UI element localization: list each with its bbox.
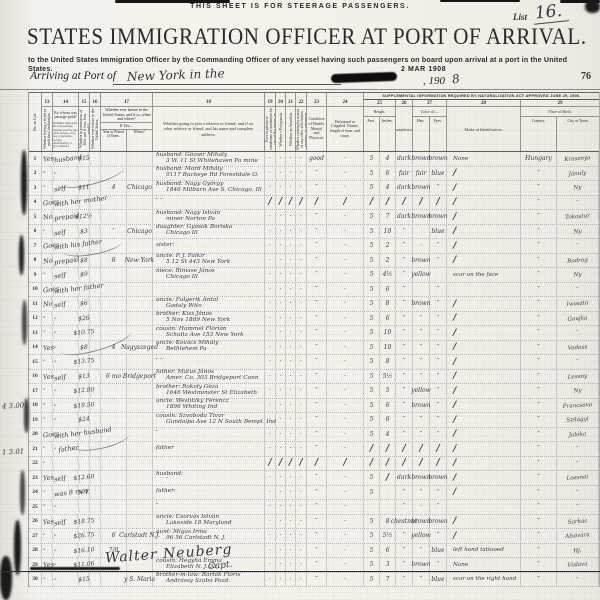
- cell-c16: [89, 166, 101, 180]
- header-sublabel: Inches.: [380, 117, 395, 151]
- cell-ft: 5: [364, 399, 380, 413]
- header-sublabel: Year or Period of Years.: [101, 130, 127, 151]
- cell-c22: ·: [296, 384, 307, 398]
- cell-c17y: 4: [101, 181, 127, 195]
- cell-c21: ·: [286, 413, 296, 427]
- cell-inch: 8: [380, 355, 396, 369]
- cell-country: ″: [521, 167, 557, 181]
- cell-c22: /: [296, 196, 307, 210]
- cell-c24: /: [327, 196, 364, 210]
- cell-cx: ″: [396, 486, 413, 500]
- redaction-blot: [331, 72, 397, 83]
- col-number: 16: [90, 93, 100, 107]
- cell-c17w: [127, 399, 153, 413]
- margin-note: 1 3.01: [2, 447, 25, 456]
- cell-marks: ∕: [447, 486, 521, 500]
- cell-c22: ·: [296, 225, 307, 239]
- header-col-29: 29 Place of Birth. Country. City or Town…: [521, 100, 599, 151]
- cell-city: Ny: [557, 383, 600, 399]
- cell-c22: ·: [296, 239, 307, 253]
- cell-c14: ″: [52, 411, 79, 428]
- cell-c20: ·: [276, 152, 286, 166]
- cell-eyes: ″: [430, 399, 447, 413]
- header-label: Ever in prison or almshouse or instituti…: [265, 108, 275, 150]
- cell-no: 20: [29, 428, 42, 442]
- cell-country: ″: [521, 268, 557, 282]
- cell-c14: husband: [52, 150, 79, 167]
- scan-artifact: [19, 235, 24, 275]
- cell-c23: ″: [307, 486, 327, 500]
- cell-c19: ·: [265, 152, 276, 166]
- cell-c23: good: [307, 152, 327, 166]
- cell-c24: ·: [327, 500, 364, 514]
- cell-inch: 4½: [380, 268, 396, 282]
- scan-artifact: [14, 520, 21, 575]
- cell-c22: ·: [296, 370, 307, 384]
- cell-country: ″: [521, 486, 557, 500]
- cell-eyes: /: [430, 442, 447, 456]
- cell-c17w: [127, 283, 153, 297]
- cell-eyes: ″: [430, 312, 447, 326]
- cell-marks: ∕: [447, 355, 521, 369]
- cell-ft: 5: [364, 326, 380, 340]
- cell-hair: yellow: [413, 384, 430, 398]
- cell-c23: ″: [307, 529, 327, 543]
- cell-c23: /: [307, 196, 327, 210]
- cell-ft: 5: [364, 239, 380, 253]
- cell-marks: ∕: [447, 210, 521, 224]
- cell-c20: ·: [276, 341, 286, 355]
- table-row: 13″″$10.75cousin: Hammel FlóriánSchultz …: [29, 326, 599, 341]
- cell-c18: husband: Nagy Istvánminer Norton Pa: [153, 210, 265, 224]
- cell-c20: ·: [276, 326, 286, 340]
- cell-c21: ·: [286, 370, 296, 384]
- cell-hair: fair: [413, 167, 430, 181]
- cell-no: 15: [29, 355, 42, 369]
- cell-c24: ·: [327, 181, 364, 195]
- cell-c17w: Carlstadt N.J.: [127, 529, 153, 543]
- cell-inch: [380, 486, 396, 500]
- table-row: 16Yesself$136 moBridgeportfather: Matus …: [29, 370, 599, 385]
- cell-c21: ·: [286, 442, 296, 456]
- cell-c21: ·: [286, 399, 296, 413]
- table-row: 4Goeswith her mother″ ″///////////∕″″: [29, 196, 599, 211]
- table-row: 11Noself$6uncle: Fulgerik AntalGadaly Wi…: [29, 297, 599, 312]
- bottom-rule: [0, 571, 600, 572]
- cell-c22: ·: [296, 515, 307, 529]
- cell-c23: ″: [307, 341, 327, 355]
- cell-cx: ″: [396, 225, 413, 239]
- header-label: Whether ever before in the United States…: [91, 108, 99, 150]
- header-col-13: 13 Whether having a ticket to such final…: [42, 93, 53, 151]
- cell-c24: ·: [327, 428, 364, 442]
- cell-city: Szilágyi: [557, 412, 600, 428]
- cell-c19: ·: [265, 297, 276, 311]
- table-row: 12″″$26brother: Kiss János5 Nov 1869 New…: [29, 312, 599, 327]
- cell-country: ″: [521, 326, 557, 340]
- cell-cx: ″: [396, 573, 413, 587]
- cell-country: ″: [521, 297, 557, 311]
- header-col-27: 27 Color of— Hair. Eyes.: [413, 100, 447, 151]
- cell-no: 18: [29, 399, 42, 413]
- table-row: 18″″$19.50uncle: Weslitzky Ferencz1896 W…: [29, 399, 599, 414]
- cell-city: ″: [557, 571, 600, 587]
- cell-cx: ″: [396, 544, 413, 558]
- cell-eyes: ″: [430, 384, 447, 398]
- cell-country: ″: [521, 457, 557, 471]
- cell-c16: [89, 485, 101, 499]
- cell-ft: 5: [364, 355, 380, 369]
- cell-c23: ″: [307, 471, 327, 485]
- cell-no: 19: [29, 413, 42, 427]
- cell-c24: ·: [327, 413, 364, 427]
- cell-country: ″: [521, 341, 557, 355]
- cell-c24: ·: [327, 355, 364, 369]
- cell-c24: ·: [327, 471, 364, 485]
- cell-c17y: [101, 471, 127, 485]
- cell-eyes: ″: [430, 500, 447, 514]
- cell-c16: [89, 558, 101, 572]
- supplemental-caption: SUPPLEMENTAL INFORMATION REQUIRED BY NAT…: [364, 93, 599, 100]
- cell-c16: [89, 195, 101, 209]
- cell-c21: ·: [286, 297, 296, 311]
- cell-c19: ·: [265, 239, 276, 253]
- header-label: Marks of Identification.: [447, 107, 520, 151]
- cell-ft: 5: [364, 152, 380, 166]
- cell-eyes: ″: [430, 529, 447, 543]
- cell-marks: ∕: [447, 326, 521, 340]
- cell-c23: ″: [307, 428, 327, 442]
- cell-c22: ·: [296, 297, 307, 311]
- arrival-blank-line: [113, 84, 341, 85]
- cell-c19: ·: [265, 254, 276, 268]
- cell-c17y: [101, 442, 127, 456]
- header-col-14: 14 By whom was passage paid? (Whether al…: [53, 93, 79, 151]
- cell-c16: [89, 543, 101, 557]
- cell-eyes: blue: [430, 225, 447, 239]
- cell-cx: ″: [396, 428, 413, 442]
- cell-c18: father: Matus JánosAmer. Co. 303 Bridgep…: [153, 370, 265, 384]
- cell-country: ″: [521, 413, 557, 427]
- cell-country: ″: [521, 355, 557, 369]
- cell-city: Krasznya: [557, 151, 600, 167]
- col-number: 23: [307, 93, 326, 107]
- cell-c20: ·: [276, 239, 286, 253]
- cell-hair: brown: [413, 181, 430, 195]
- cell-inch: 5½: [380, 529, 396, 543]
- cell-c19: ·: [265, 283, 276, 297]
- date-stamp: 2 MAR 1908: [401, 66, 446, 73]
- cell-hair: ″: [413, 486, 430, 500]
- cell-c22: ·: [296, 558, 307, 572]
- cell-ft: 5: [364, 471, 380, 485]
- cell-c18: [153, 283, 265, 297]
- cell-c17w: [127, 239, 153, 253]
- cell-c22: ·: [296, 486, 307, 500]
- cell-marks: ∕: [447, 515, 521, 529]
- col-number: 13: [42, 93, 52, 107]
- cell-c17y: [101, 399, 127, 413]
- cell-c16: [89, 355, 101, 369]
- cell-c21: ·: [286, 573, 296, 587]
- cell-city: ″: [557, 354, 600, 370]
- cell-country: ″: [521, 370, 557, 384]
- cell-marks: ∕: [447, 529, 521, 543]
- cell-c17w: [127, 326, 153, 340]
- cell-no: 4: [29, 196, 42, 210]
- cell-c23: ″: [307, 225, 327, 239]
- cell-eyes: ″: [430, 341, 447, 355]
- cell-c24: ·: [327, 283, 364, 297]
- cell-hair: /: [413, 442, 430, 456]
- cell-city: ″: [557, 499, 600, 515]
- cell-ft: 5: [364, 384, 380, 398]
- cell-inch: /: [380, 457, 396, 471]
- cell-c24: ·: [327, 167, 364, 181]
- cell-c19: ·: [265, 384, 276, 398]
- table-row: 20Goeswith her husband″····″·54″″″∕″Jaló…: [29, 428, 599, 443]
- cell-country: ″: [521, 442, 557, 456]
- cell-cx: /: [396, 457, 413, 471]
- scan-artifact: [0, 556, 12, 600]
- cell-c16: [89, 442, 101, 456]
- cell-c17y: [101, 297, 127, 311]
- cell-c17w: New York: [127, 254, 153, 268]
- cell-c20: ·: [276, 297, 286, 311]
- cell-c19: ·: [265, 225, 276, 239]
- cell-c17w: [127, 457, 153, 471]
- cell-marks: ∕: [447, 196, 521, 210]
- header-col-21: 21 Whether an Anarchist.: [286, 93, 296, 151]
- cell-c22: ·: [296, 544, 307, 558]
- cell-hair: yellow: [413, 268, 430, 282]
- cell-hair: ″: [413, 326, 430, 340]
- cell-c16: [89, 529, 101, 543]
- cell-c14: ″: [52, 571, 79, 588]
- cell-cx: ″: [396, 370, 413, 384]
- cell-country: ″: [521, 558, 557, 572]
- cell-inch: /: [380, 471, 396, 485]
- table-row: 2″″husband: Mord Mihály9117 Buckeye Rd F…: [29, 167, 599, 182]
- cell-c19: ·: [265, 573, 276, 587]
- header-label: Whether ever before in the United States…: [101, 107, 152, 123]
- table-row: 17″″$12.80brother: Rokoly Géza1646 Westm…: [29, 384, 599, 399]
- cell-c21: ·: [286, 515, 296, 529]
- header-no-on-list: No. on List.: [29, 93, 42, 151]
- table-row: 27″″$26.756Carlstadt N.J.aunt: Migas Irm…: [29, 529, 599, 544]
- cell-cx: /: [396, 442, 413, 456]
- cell-c16: [89, 384, 101, 398]
- cell-c17w: Nagyszeged: [127, 341, 153, 355]
- cell-c16: [89, 413, 101, 427]
- cell-c20: ·: [276, 471, 286, 485]
- cell-country: Hungary: [521, 152, 557, 166]
- cell-country: ″: [521, 399, 557, 413]
- cell-c24: ·: [327, 486, 364, 500]
- table-row: 26Yesself$18.75uncle: Csorvás IstvánLake…: [29, 515, 599, 530]
- cell-c24: ·: [327, 370, 364, 384]
- table-row: 14Yes″$84Nagyszegeduncle: Kovács MihályB…: [29, 341, 599, 356]
- header-col-26: 26 Complexion.: [396, 100, 413, 151]
- header-col-16: 16 Whether ever before in the United Sta…: [90, 93, 101, 151]
- cell-c16: [89, 152, 101, 166]
- cell-eyes: ″: [430, 558, 447, 572]
- cell-c17w: [127, 428, 153, 442]
- cell-hair: yellow: [413, 529, 430, 543]
- cell-inch: [380, 500, 396, 514]
- cell-c22: ·: [296, 210, 307, 224]
- cell-city: Ny: [557, 267, 600, 283]
- cell-c24: ·: [327, 442, 364, 456]
- cell-no: 28: [29, 544, 42, 558]
- cell-hair: ″: [413, 573, 430, 587]
- cell-c20: ·: [276, 413, 286, 427]
- cell-marks: ∕: [447, 399, 521, 413]
- cell-c20: ·: [276, 399, 286, 413]
- cell-marks: ∕: [447, 384, 521, 398]
- cell-c23: ″: [307, 413, 327, 427]
- cell-c23: ″: [307, 370, 327, 384]
- cell-city: ″: [557, 441, 600, 457]
- margin-note: 4 3.00: [2, 401, 25, 410]
- cell-c21: ·: [286, 486, 296, 500]
- cell-c24: ·: [327, 544, 364, 558]
- cell-c17y: [101, 239, 127, 253]
- table-row: 9″self$9niece: Rimase JánosChicago Ill··…: [29, 268, 599, 283]
- cell-eyes: ″: [430, 428, 447, 442]
- cell-c23: ″: [307, 384, 327, 398]
- cell-city: Tokostur: [557, 209, 600, 225]
- page-title: STATES IMMIGRATION OFFICER AT PORT OF AR…: [27, 23, 587, 51]
- year-handwritten: 8: [451, 72, 461, 87]
- header-fine-print: (Whether alien paid his own passage, whe…: [53, 122, 78, 148]
- cell-c18: ″: [153, 428, 265, 442]
- cell-c20: ·: [276, 167, 286, 181]
- cell-ft: 5: [364, 167, 380, 181]
- cell-eyes: blue: [430, 573, 447, 587]
- cell-marks: ∕: [447, 413, 521, 427]
- cell-c17w: [127, 471, 153, 485]
- cell-inch: 6: [380, 312, 396, 326]
- cell-cx: ″: [396, 500, 413, 514]
- cell-inch: 10: [380, 341, 396, 355]
- col-number: 20: [276, 93, 285, 107]
- cell-country: ″: [521, 428, 557, 442]
- cell-city: Alsóvára: [557, 528, 600, 544]
- cell-c17y: [101, 210, 127, 224]
- cell-c21: ·: [286, 558, 296, 572]
- cell-no: 3: [29, 181, 42, 195]
- cell-ft: 5: [364, 544, 380, 558]
- cell-c16: [89, 210, 101, 224]
- table-row: 7Goeswith his fathersister:····″·52″·″∕″…: [29, 239, 599, 254]
- cell-ft: 5: [364, 254, 380, 268]
- steerage-notice: THIS SHEET IS FOR STEERAGE PASSENGERS.: [0, 3, 600, 10]
- cell-c20: /: [276, 196, 286, 210]
- cell-ft: 5: [364, 573, 380, 587]
- cell-c19: ·: [265, 544, 276, 558]
- cell-c21: ·: [286, 428, 296, 442]
- table-row: 25″″″····″·″·″″″: [29, 500, 599, 515]
- cell-eyes: ″: [430, 413, 447, 427]
- cell-c18: sister:: [153, 239, 265, 253]
- cell-c17y: [101, 384, 127, 398]
- cell-c20: ·: [276, 210, 286, 224]
- cell-inch: 7: [380, 573, 396, 587]
- cell-c24: ·: [327, 239, 364, 253]
- cell-no: 16: [29, 370, 42, 384]
- header-sublabel: Country.: [521, 117, 557, 151]
- cell-c16: [89, 224, 101, 238]
- cell-hair: ″: [413, 544, 430, 558]
- cell-c21: ·: [286, 181, 296, 195]
- cell-no: 30: [29, 573, 42, 587]
- cell-no: 17: [29, 384, 42, 398]
- cell-c18: ″: [153, 500, 265, 514]
- cell-no: 26: [29, 515, 42, 529]
- cell-marks: [447, 283, 521, 297]
- cell-c17y: [101, 283, 127, 297]
- cell-hair: brown: [413, 254, 430, 268]
- list-label: List: [513, 12, 527, 22]
- cell-eyes: /: [430, 457, 447, 471]
- cell-eyes: ″: [430, 254, 447, 268]
- cell-country: ″: [521, 210, 557, 224]
- scan-artifact: [21, 150, 27, 215]
- scan-artifact: [20, 470, 25, 515]
- cell-no: 10: [29, 283, 42, 297]
- cell-no: 5: [29, 210, 42, 224]
- cell-c24: ·: [327, 399, 364, 413]
- cell-city: Iwaszta: [557, 296, 600, 312]
- cell-c18: husband: Mord Mihály9117 Buckeye Rd Fore…: [153, 167, 265, 181]
- cell-c16: [89, 268, 101, 282]
- cell-marks: None: [447, 152, 521, 166]
- cell-c20: ·: [276, 384, 286, 398]
- manifest-body: 1Yeshusband$15husband: Gőzsér Mihály3 W.…: [29, 152, 599, 587]
- cell-c23: ″: [307, 312, 327, 326]
- cell-c18: niece: Rimase JánosChicago Ill: [153, 268, 265, 282]
- cell-c19: ·: [265, 210, 276, 224]
- cell-c19: ·: [265, 471, 276, 485]
- header-sublabel: Eyes.: [430, 117, 446, 151]
- cell-c17w: [127, 210, 153, 224]
- cell-marks: ∕: [447, 167, 521, 181]
- cell-c18: daughter: Gyasok BoriskaChicago Ill: [153, 225, 265, 239]
- scan-artifact: [440, 0, 520, 2]
- cell-c16: [89, 297, 101, 311]
- cell-c23: ″: [307, 283, 327, 297]
- cell-eyes: blue: [430, 544, 447, 558]
- header-label: No. on List.: [33, 113, 37, 131]
- cell-c17y: [101, 515, 127, 529]
- cell-marks: ∕: [447, 225, 521, 239]
- cell-ft: 5: [364, 312, 380, 326]
- cell-inch: 5½: [380, 370, 396, 384]
- header-label: Whether going to join a relative or frie…: [153, 119, 264, 139]
- cell-c17w: [127, 297, 153, 311]
- cell-eyes: ″: [430, 181, 447, 195]
- cell-c18: ″ ″: [153, 355, 265, 369]
- cell-c23: ″: [307, 239, 327, 253]
- cell-c22: /: [296, 457, 307, 471]
- cell-ft: [364, 500, 380, 514]
- cell-inch: 4: [380, 428, 396, 442]
- cell-c20: ·: [276, 500, 286, 514]
- cell-c20: ·: [276, 573, 286, 587]
- cell-inch: 4: [380, 152, 396, 166]
- year-printed: , 190: [423, 75, 445, 87]
